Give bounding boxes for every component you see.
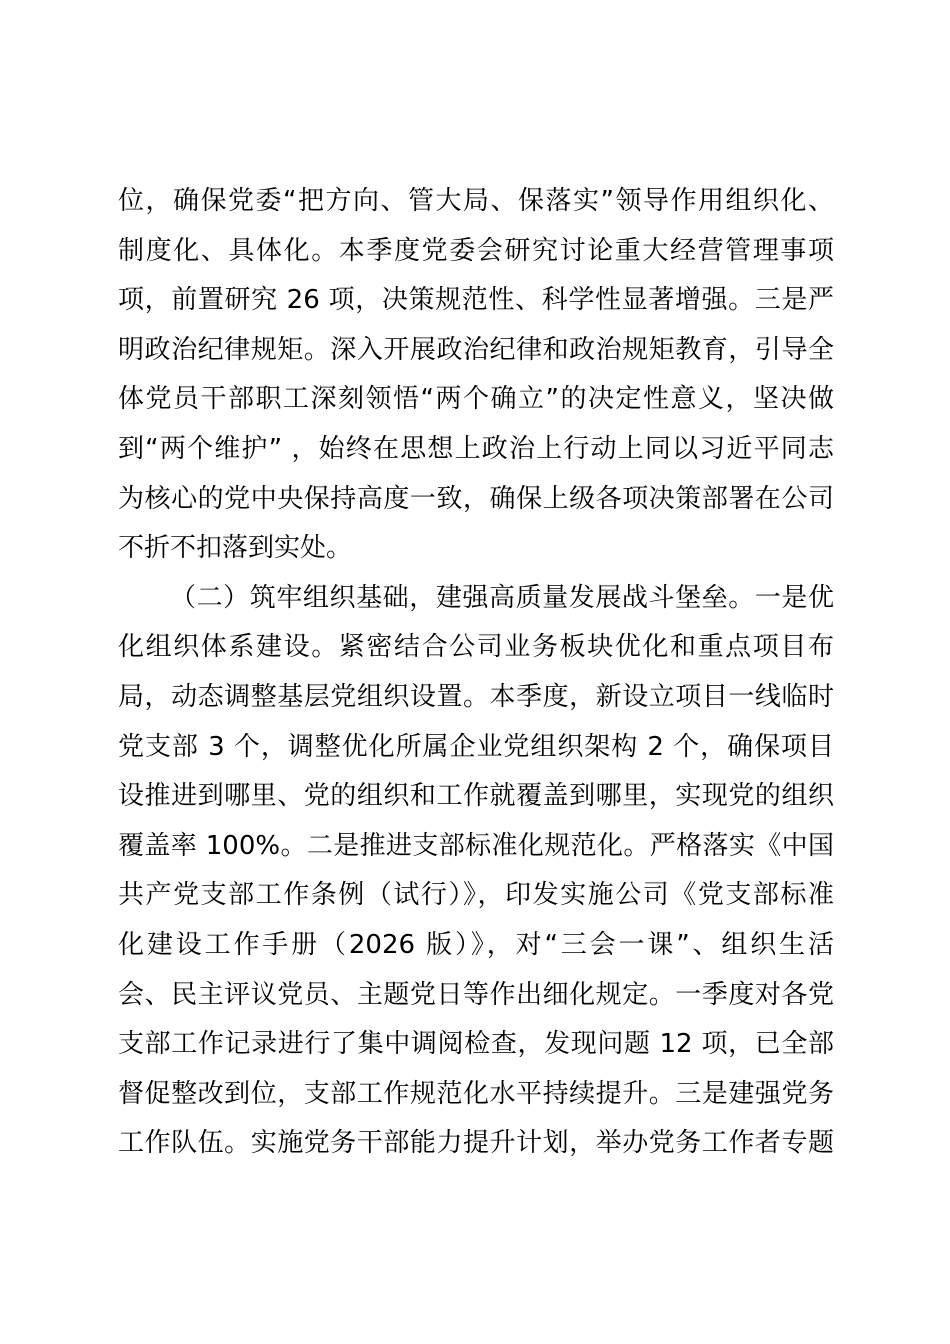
text-line: 支部工作记录进行了集中调阅检查，发现问题 12 项，已全部 xyxy=(118,1020,834,1070)
text-line: 体党员干部职工深刻领悟“两个确立”的决定性意义，坚决做 xyxy=(118,375,834,425)
text-line: 位，确保党委“把方向、管大局、保落实”领导作用组织化、 xyxy=(118,177,834,227)
text-line: 化建设工作手册（2026 版）》，对“三会一课”、组织生活 xyxy=(118,921,834,971)
text-line: 设推进到哪里、党的组织和工作就覆盖到哪里，实现党的组织 xyxy=(118,772,834,822)
text-line: 不折不扣落到实处。 xyxy=(118,524,834,574)
text-line: 党支部 3 个，调整优化所属企业党组织架构 2 个，确保项目建 xyxy=(118,723,834,773)
text-line: 覆盖率 100%。二是推进支部标准化规范化。严格落实《中国 xyxy=(118,822,834,872)
text-line: 督促整改到位，支部工作规范化水平持续提升。三是建强党务 xyxy=(118,1070,834,1120)
text-line: 工作队伍。实施党务干部能力提升计划，举办党务工作者专题 xyxy=(118,1119,834,1169)
text-line: 项，前置研究 26 项，决策规范性、科学性显著增强。三是严 xyxy=(118,276,834,326)
document-page: 位，确保党委“把方向、管大局、保落实”领导作用组织化、 制度化、具体化。本季度党… xyxy=(0,0,950,1344)
paragraph-section-two: （二）筑牢组织基础，建强高质量发展战斗堡垒。一是优 化组织体系建设。紧密结合公司… xyxy=(118,574,834,1169)
text-line: 制度化、具体化。本季度党委会研究讨论重大经营管理事项 28 xyxy=(118,227,834,277)
text-line: 会、民主评议党员、主题党日等作出细化规定。一季度对各党 xyxy=(118,971,834,1021)
text-line: （二）筑牢组织基础，建强高质量发展战斗堡垒。一是优 xyxy=(118,574,834,624)
text-line: 明政治纪律规矩。深入开展政治纪律和政治规矩教育，引导全 xyxy=(118,326,834,376)
text-line: 化组织体系建设。紧密结合公司业务板块优化和重点项目布 xyxy=(118,623,834,673)
text-line: 局，动态调整基层党组织设置。本季度，新设立项目一线临时 xyxy=(118,673,834,723)
paragraph-continuation: 位，确保党委“把方向、管大局、保落实”领导作用组织化、 制度化、具体化。本季度党… xyxy=(118,177,834,574)
document-body: 位，确保党委“把方向、管大局、保落实”领导作用组织化、 制度化、具体化。本季度党… xyxy=(118,177,834,1169)
text-line: 共产党支部工作条例（试行）》，印发实施公司《党支部标准 xyxy=(118,871,834,921)
text-line: 到“两个维护” ，始终在思想上政治上行动上同以习近平同志 xyxy=(118,425,834,475)
text-line: 为核心的党中央保持高度一致，确保上级各项决策部署在公司 xyxy=(118,475,834,525)
